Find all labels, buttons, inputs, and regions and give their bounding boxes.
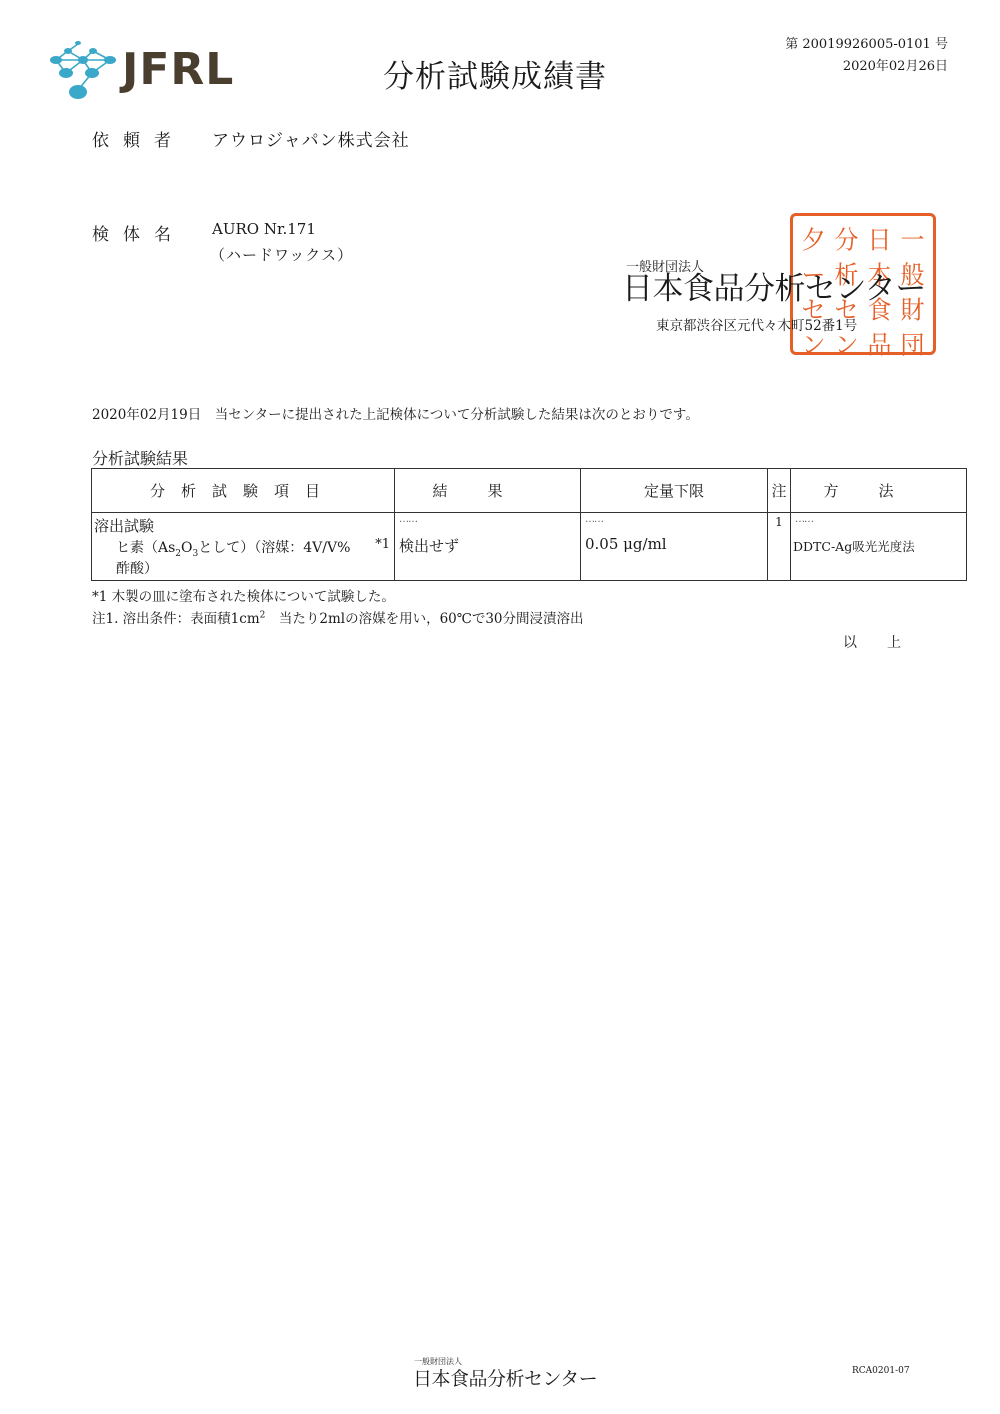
seal-char: 品 (863, 324, 896, 361)
note-number: 1 (768, 515, 790, 529)
org-name: 日本食品分析センター (622, 272, 926, 306)
seal-char: 一 (896, 219, 929, 256)
cell-result: …… 検出せず (395, 513, 581, 581)
col-label: 分析試験項目 (150, 482, 336, 500)
test-item: ヒ素（As2O3として）（溶媒：4V/V% (116, 537, 350, 559)
dotted-leader: …… (399, 515, 417, 525)
org-address: 東京都渋谷区元代々木町52番1号 (656, 314, 857, 334)
seal-char: 団 (896, 324, 929, 361)
seal-char: 日 (863, 219, 896, 256)
sample-subname: （ハードワックス） (210, 244, 353, 265)
ref-suffix: 号 (935, 37, 948, 52)
dotted-leader: …… (585, 515, 603, 525)
client-label: 依頼者 (92, 126, 185, 151)
reference-number: 第 20019926005-0101 号 (785, 33, 948, 52)
col-label: 注 (771, 482, 786, 500)
col-test-item: 分析試験項目 (92, 469, 395, 513)
results-table: 分析試験項目 結果 定量下限 注 方法 溶出試験 ヒ素（As2O3として）（溶媒… (91, 468, 967, 581)
form-code: RCA0201-07 (852, 1366, 910, 1376)
seal-char: 夕 (797, 219, 830, 256)
cell-test-item: 溶出試験 ヒ素（As2O3として）（溶媒：4V/V% *1 酢酸） (92, 513, 395, 581)
end-mark: 以上 (843, 632, 931, 652)
test-item-note-ref: *1 (375, 537, 390, 552)
method-value: DDTC-Ag吸光光度法 (793, 537, 915, 555)
intro-statement: 2020年02月19日 当センターに提出された上記検体について分析試験した結果は… (92, 403, 699, 423)
results-heading: 分析試験結果 (92, 446, 188, 469)
result-value: 検出せず (399, 535, 459, 556)
network-molecule-icon (48, 38, 128, 108)
page-title: 分析試験成績書 (383, 62, 607, 93)
col-limit: 定量下限 (581, 469, 768, 513)
col-label: 方法 (823, 482, 933, 500)
ref-number: 20019926005-0101 (802, 37, 930, 52)
col-result: 結果 (395, 469, 581, 513)
sample-label: 検体名 (92, 220, 185, 245)
ref-prefix: 第 (785, 37, 798, 52)
limit-value: 0.05 μg/ml (585, 535, 667, 553)
col-method: 方法 (791, 469, 967, 513)
issue-date: 2020年02月26日 (843, 55, 948, 74)
footnote-star1: *1 木製の皿に塗布された検体について試験した。 (92, 585, 395, 605)
seal-char: 分 (830, 219, 863, 256)
col-label: 結果 (432, 482, 542, 500)
cell-limit: …… 0.05 μg/ml (581, 513, 768, 581)
table-row: 溶出試験 ヒ素（As2O3として）（溶媒：4V/V% *1 酢酸） …… 検出せ… (92, 513, 967, 581)
test-category: 溶出試験 (94, 515, 154, 536)
footer-org-name: 日本食品分析センター (413, 1364, 597, 1391)
client-value: アウロジャパン株式会社 (212, 126, 410, 151)
col-note: 注 (768, 469, 791, 513)
sample-value: AURO Nr.171 (212, 220, 316, 238)
cell-note: 1 (768, 513, 791, 581)
logo-wordmark: JFRL (122, 48, 234, 92)
footnote-note1: 注1. 溶出条件：表面積1cm2 当たり2mlの溶媒を用い，60℃で30分間浸漬… (92, 607, 584, 627)
dotted-leader: …… (795, 515, 813, 525)
test-item-line2: 酢酸） (116, 558, 158, 578)
table-header-row: 分析試験項目 結果 定量下限 注 方法 (92, 469, 967, 513)
cell-method: …… DDTC-Ag吸光光度法 (791, 513, 967, 581)
col-label: 定量下限 (644, 482, 704, 500)
